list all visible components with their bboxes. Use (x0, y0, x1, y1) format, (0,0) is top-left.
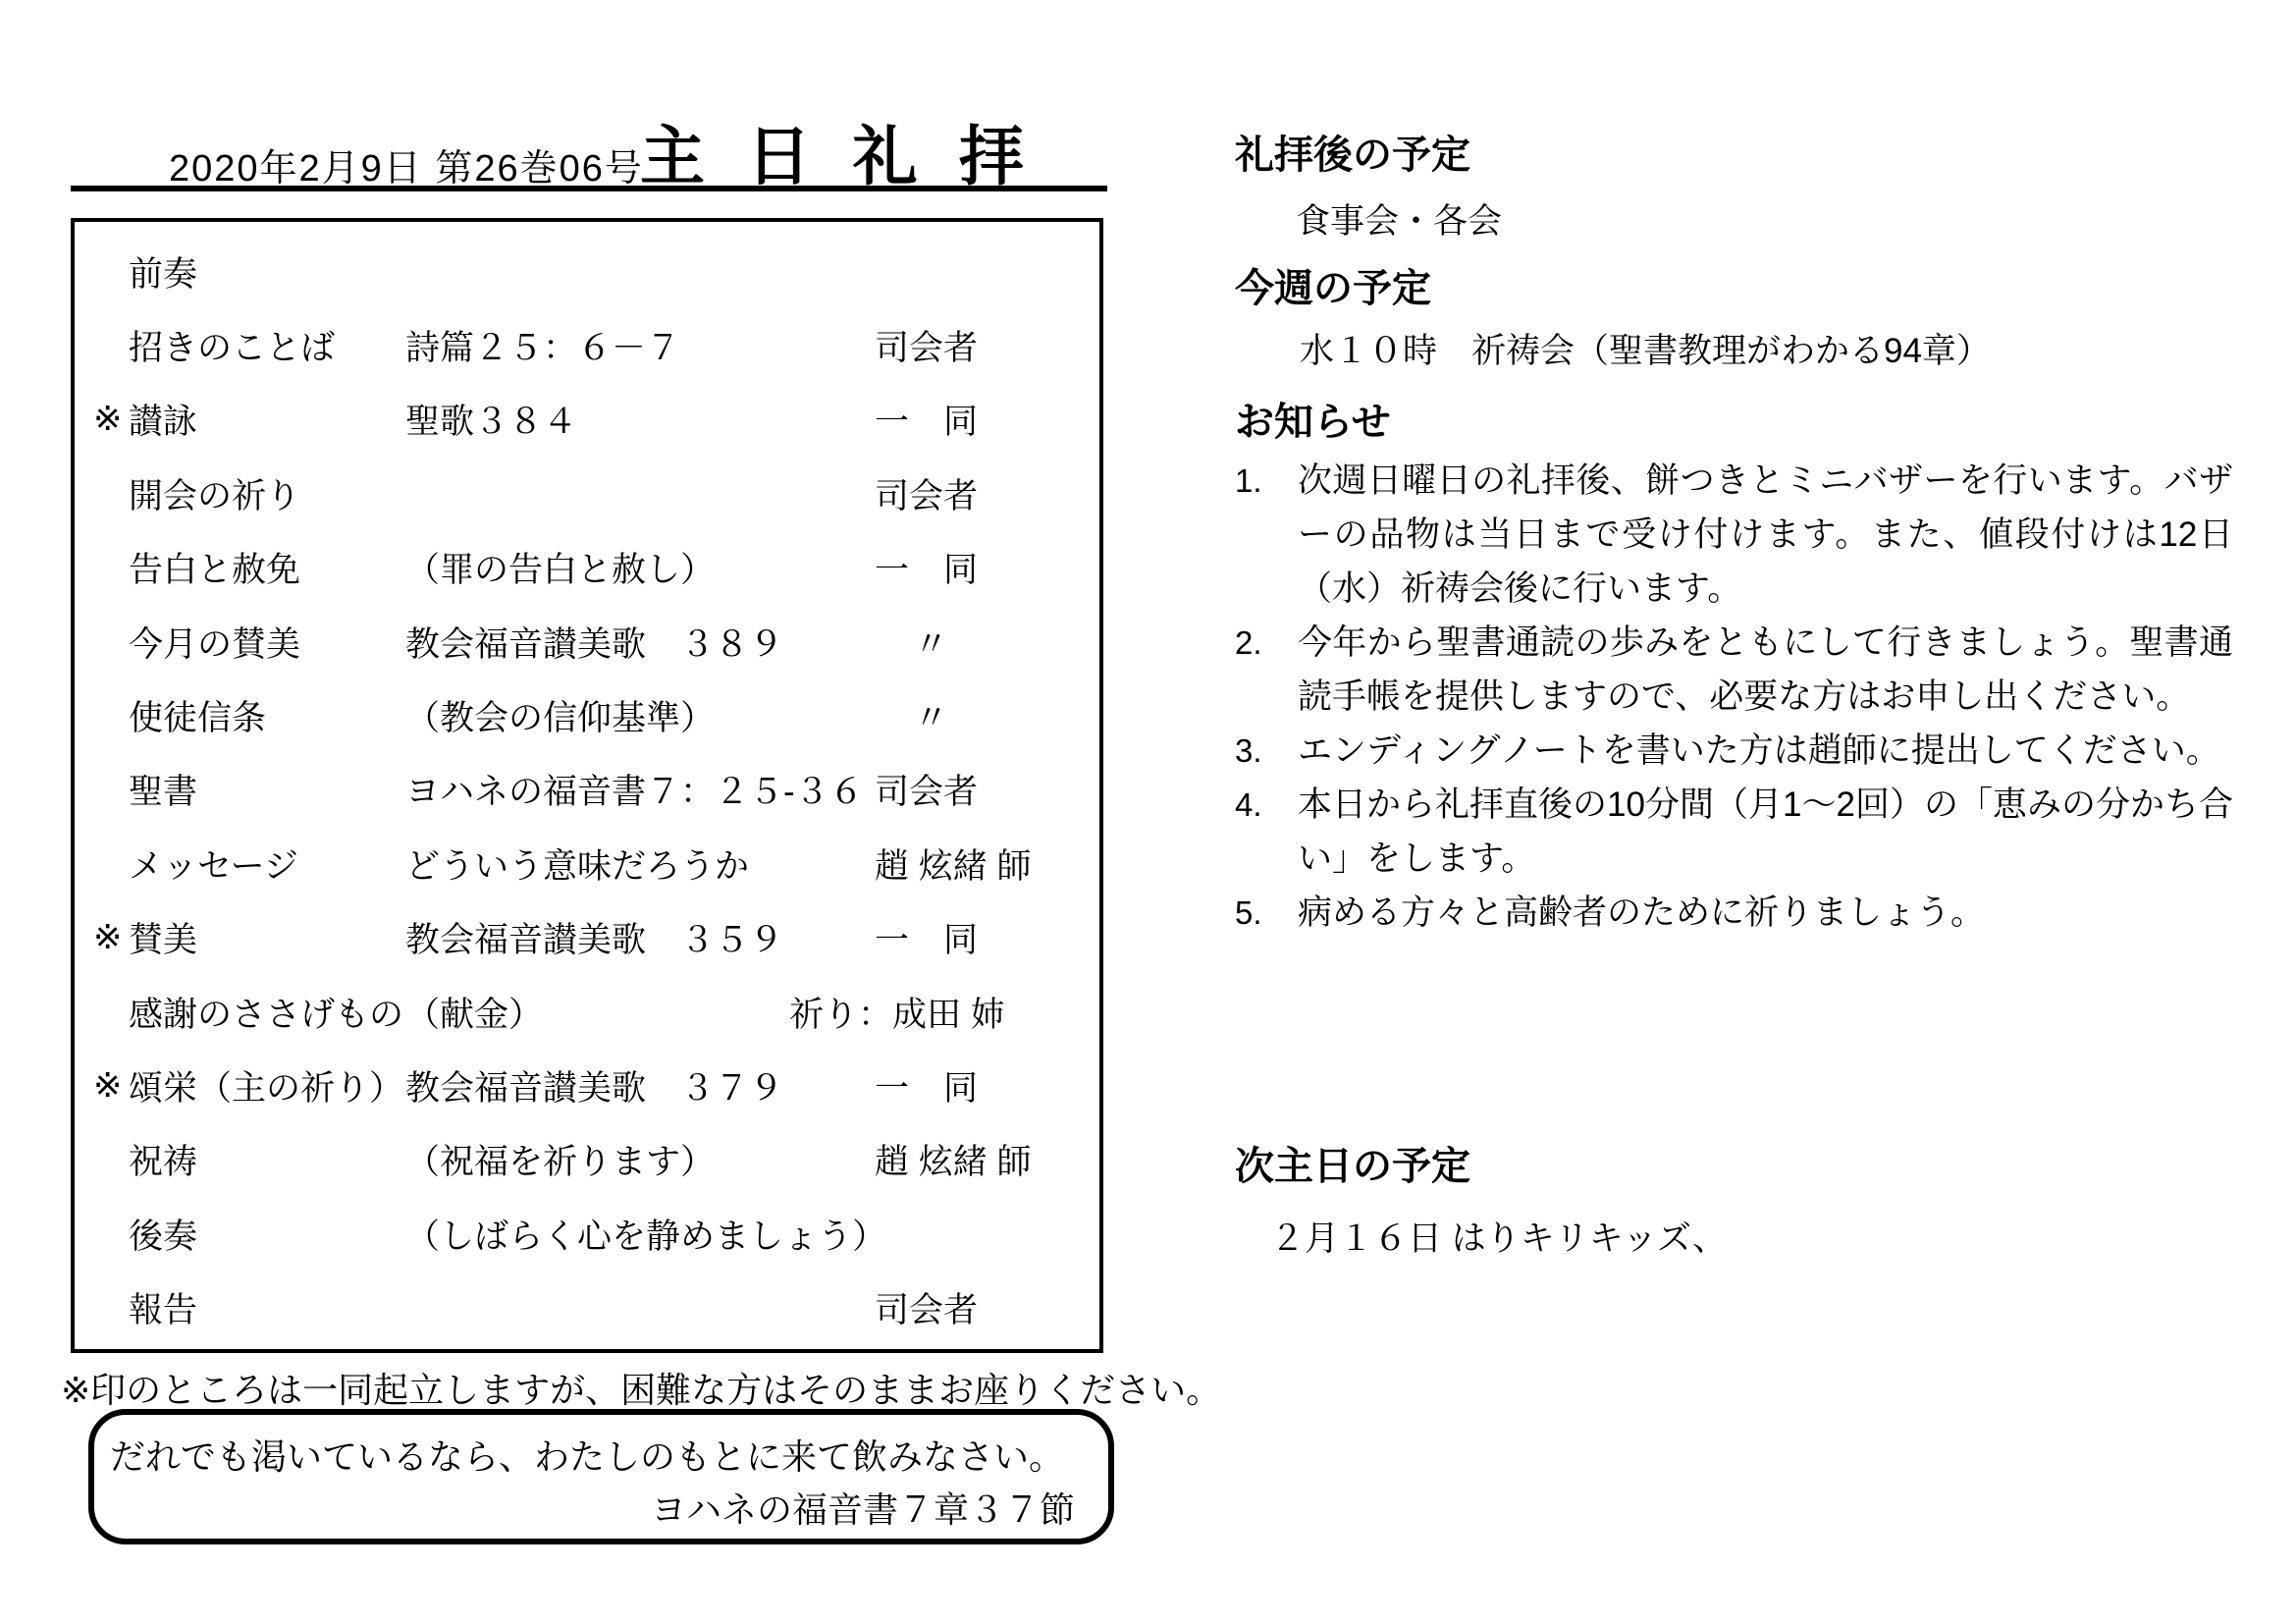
row-leader: 司会者 (875, 321, 978, 370)
row-label: メッセージ (129, 839, 405, 889)
this-week-item: 水１０時 祈祷会（聖書教理がわかる94章） (1300, 324, 1991, 373)
program-row-offering: 感謝のささげもの （献金） 祈り：成田 姉 (75, 975, 1099, 1049)
row-leader: 趙 炫緒 師 (875, 1135, 1031, 1184)
worship-program-box: 前奏 招きのことば 詩篇２５：６－７ 司会者 ※ 讃詠 聖歌３８４ 一 同 開会… (71, 218, 1103, 1353)
row-detail: 教会福音讃美歌 ３５９ (405, 913, 875, 962)
announcement-number: 2. (1235, 616, 1298, 670)
program-row-praise: ※ 賛美 教会福音讃美歌 ３５９ 一 同 (75, 901, 1099, 975)
row-leader: 司会者 (875, 1283, 978, 1332)
program-row-doxology: ※ 頌栄（主の祈り） 教会福音讃美歌 ３７９ 一 同 (75, 1049, 1099, 1122)
announcement-text: エンディングノートを書いた方は趙師に提出してください。 (1298, 724, 2233, 778)
row-detail: （罪の告白と赦し） (405, 543, 875, 592)
program-row-gloria: ※ 讃詠 聖歌３８４ 一 同 (75, 383, 1099, 457)
program-row-postlude: 後奏 （しばらく心を静めましょう） (75, 1197, 1099, 1271)
row-label: 聖書 (129, 765, 405, 814)
announcement-item: 1. 次週日曜日の礼拝後、餅つきとミニバザーを行います。バザーの品物は当日まで受… (1235, 454, 2238, 616)
row-leader: 司会者 (875, 469, 978, 518)
row-label: 後奏 (129, 1210, 405, 1259)
row-detail: ヨハネの福音書７：２５-３６ (405, 765, 875, 814)
verse-text: だれでも渇いているなら、わたしのもとに来て飲みなさい。 (110, 1431, 1075, 1484)
header-date-issue: 2020年2月9日 第26巻06号 (169, 137, 644, 191)
row-marker: ※ (75, 400, 129, 439)
row-leader: 一 同 (875, 913, 978, 962)
row-leader-ditto-mark: 〃 (875, 691, 948, 740)
row-label: 祝祷 (129, 1135, 405, 1184)
row-label: 使徒信条 (129, 691, 405, 740)
row-label: 讃詠 (129, 395, 405, 444)
program-row-call-to-worship: 招きのことば 詩篇２５：６－７ 司会者 (75, 308, 1099, 382)
program-row-benediction: 祝祷 （祝福を祈ります） 趙 炫緒 師 (75, 1123, 1099, 1197)
verse-box: だれでも渇いているなら、わたしのもとに来て飲みなさい。 ヨハネの福音書７章３７節 (88, 1409, 1114, 1544)
row-label: 招きのことば (129, 321, 405, 370)
program-row-prelude: 前奏 (75, 235, 1099, 308)
heading-after-service-schedule: 礼拝後の予定 (1235, 124, 1470, 180)
header-rule (71, 186, 1107, 191)
standing-note: ※印のところは一同起立しますが、困難な方はそのままお座りください。 (61, 1363, 1221, 1413)
program-row-scripture: 聖書 ヨハネの福音書７：２５-３６ 司会者 (75, 753, 1099, 827)
row-label: 開会の祈り (129, 469, 405, 518)
bulletin-page: 2020年2月9日 第26巻06号 主 日 礼 拝 前奏 招きのことば 詩篇２５… (0, 0, 2296, 1624)
heading-this-week-schedule: 今週の予定 (1235, 257, 1431, 313)
program-row-confession: 告白と赦免 （罪の告白と赦し） 一 同 (75, 531, 1099, 605)
row-detail: 聖歌３８４ (405, 395, 875, 444)
row-leader: 司会者 (875, 765, 978, 814)
row-detail: 教会福音讃美歌 ３７９ (405, 1061, 875, 1110)
announcement-text: 今年から聖書通読の歩みをともにして行きましょう。聖書通読手帳を提供しますので、必… (1298, 616, 2233, 724)
row-leader: 一 同 (875, 543, 978, 592)
program-row-opening-prayer: 開会の祈り 司会者 (75, 457, 1099, 530)
page-title: 主 日 礼 拝 (640, 104, 1036, 197)
announcement-number: 5. (1235, 886, 1298, 940)
announcement-number: 3. (1235, 724, 1298, 778)
verse-reference: ヨハネの福音書７章３７節 (110, 1484, 1075, 1537)
row-detail: どういう意味だろうか (405, 839, 875, 889)
row-leader: 一 同 (875, 1061, 978, 1110)
row-detail: （祝福を祈ります） (405, 1135, 875, 1184)
row-leader: 趙 炫緒 師 (875, 839, 1031, 889)
row-label: 賛美 (129, 913, 405, 962)
announcement-text: 次週日曜日の礼拝後、餅つきとミニバザーを行います。バザーの品物は当日まで受け付け… (1298, 454, 2233, 616)
row-marker: ※ (75, 918, 129, 957)
announcement-item: 3. エンディングノートを書いた方は趙師に提出してください。 (1235, 724, 2238, 778)
announcement-item: 4. 本日から礼拝直後の10分間（月1～2回）の「恵みの分かち合い」をします。 (1235, 778, 2238, 886)
row-label: 報告 (129, 1283, 405, 1332)
announcement-text: 病める方々と高齢者のために祈りましょう。 (1298, 886, 2233, 940)
next-sunday-item: ２月１６日 はりキリキッズ、 (1270, 1212, 1727, 1261)
program-row-apostles-creed: 使徒信条 （教会の信仰基準） 〃 (75, 678, 1099, 752)
program-row-monthly-hymn: 今月の賛美 教会福音讃美歌 ３８９ 〃 (75, 605, 1099, 678)
row-label: 前奏 (129, 247, 405, 297)
row-leader: 祈り：成田 姉 (789, 988, 1005, 1037)
heading-next-sunday-schedule: 次主日の予定 (1235, 1135, 1470, 1191)
announcement-text: 本日から礼拝直後の10分間（月1～2回）の「恵みの分かち合い」をします。 (1298, 778, 2233, 886)
row-label: 頌栄（主の祈り） (129, 1061, 405, 1110)
announcement-item: 5. 病める方々と高齢者のために祈りましょう。 (1235, 886, 2238, 940)
announcement-number: 1. (1235, 454, 1298, 508)
row-label: 感謝のささげもの (129, 988, 405, 1037)
program-row-message: メッセージ どういう意味だろうか 趙 炫緒 師 (75, 827, 1099, 900)
row-label: 告白と赦免 (129, 543, 405, 592)
after-service-item: 食事会・各会 (1296, 194, 1502, 244)
row-leader-ditto-mark: 〃 (875, 618, 948, 667)
announcements-list: 1. 次週日曜日の礼拝後、餅つきとミニバザーを行います。バザーの品物は当日まで受… (1235, 454, 2238, 940)
row-detail: （教会の信仰基準） (405, 691, 875, 740)
program-row-announcements: 報告 司会者 (75, 1271, 1099, 1344)
row-label: 今月の賛美 (129, 618, 405, 667)
heading-announcements: お知らせ (1235, 391, 1391, 447)
row-leader: 一 同 (875, 395, 978, 444)
row-marker: ※ (75, 1066, 129, 1106)
row-detail: （しばらく心を静めましょう） (405, 1210, 875, 1259)
row-detail: 詩篇２５：６－７ (405, 321, 875, 370)
announcement-item: 2. 今年から聖書通読の歩みをともにして行きましょう。聖書通読手帳を提供しますの… (1235, 616, 2238, 724)
row-detail: 教会福音讃美歌 ３８９ (405, 618, 875, 667)
announcement-number: 4. (1235, 778, 1298, 832)
